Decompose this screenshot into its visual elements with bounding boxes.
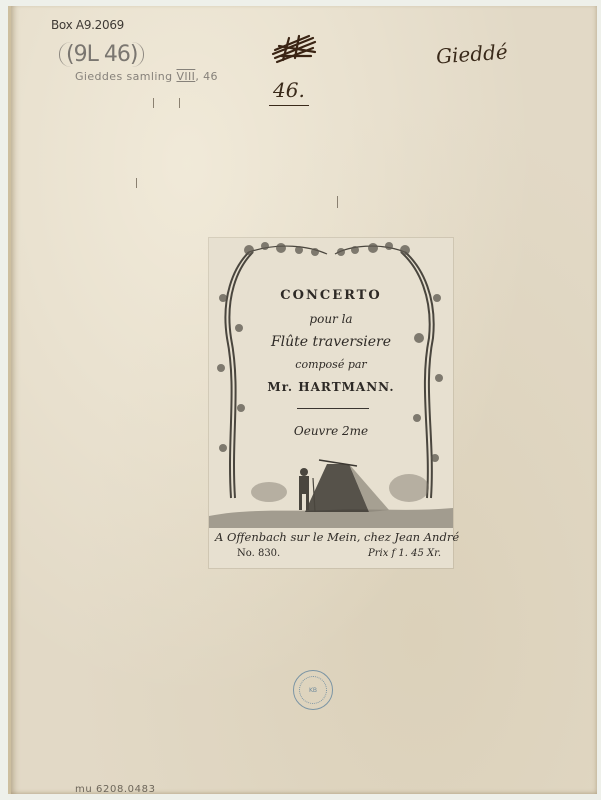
stamp-text: KB xyxy=(309,687,317,694)
title: CONCERTO xyxy=(209,288,453,303)
shelfmark: (9L 46) xyxy=(59,42,144,67)
owner-signature: Gieddé xyxy=(435,40,508,69)
pencil-mark xyxy=(136,178,137,188)
opus: Oeuvre 2me xyxy=(209,424,453,438)
collection-name: Gieddes samling xyxy=(75,70,173,83)
box-label: Box A9.2069 xyxy=(51,18,124,32)
landscape-scene-icon xyxy=(209,438,453,528)
footer-id: mu 6208.0483 xyxy=(75,784,156,795)
ink-scribble-icon xyxy=(269,32,319,64)
composed-by: composé par xyxy=(209,358,453,371)
engraved-title-plate: CONCERTO pour la Flûte traversiere compo… xyxy=(209,238,453,568)
collection-number: 46 xyxy=(203,70,218,83)
ink-number: 46. xyxy=(273,78,305,102)
pencil-mark xyxy=(179,98,180,108)
title-page: Box A9.2069 (9L 46) Gieddes samling VIII… xyxy=(8,6,597,794)
composer: Mr. HARTMANN. xyxy=(209,380,453,394)
collection-volume: VIII xyxy=(176,70,195,83)
publisher-imprint: A Offenbach sur le Mein, chez Jean André xyxy=(215,530,459,544)
collection-note: Gieddes samling VIII, 46 xyxy=(75,70,218,83)
plate-number: No. 830. xyxy=(237,548,280,559)
pencil-mark xyxy=(337,196,338,208)
library-stamp-icon: KB xyxy=(293,670,333,710)
price: Prix f 1. 45 Xr. xyxy=(368,548,441,559)
pencil-mark xyxy=(153,98,154,108)
instrument: Flûte traversiere xyxy=(209,334,453,350)
subtitle-pour: pour la xyxy=(209,312,453,326)
divider xyxy=(297,408,369,409)
